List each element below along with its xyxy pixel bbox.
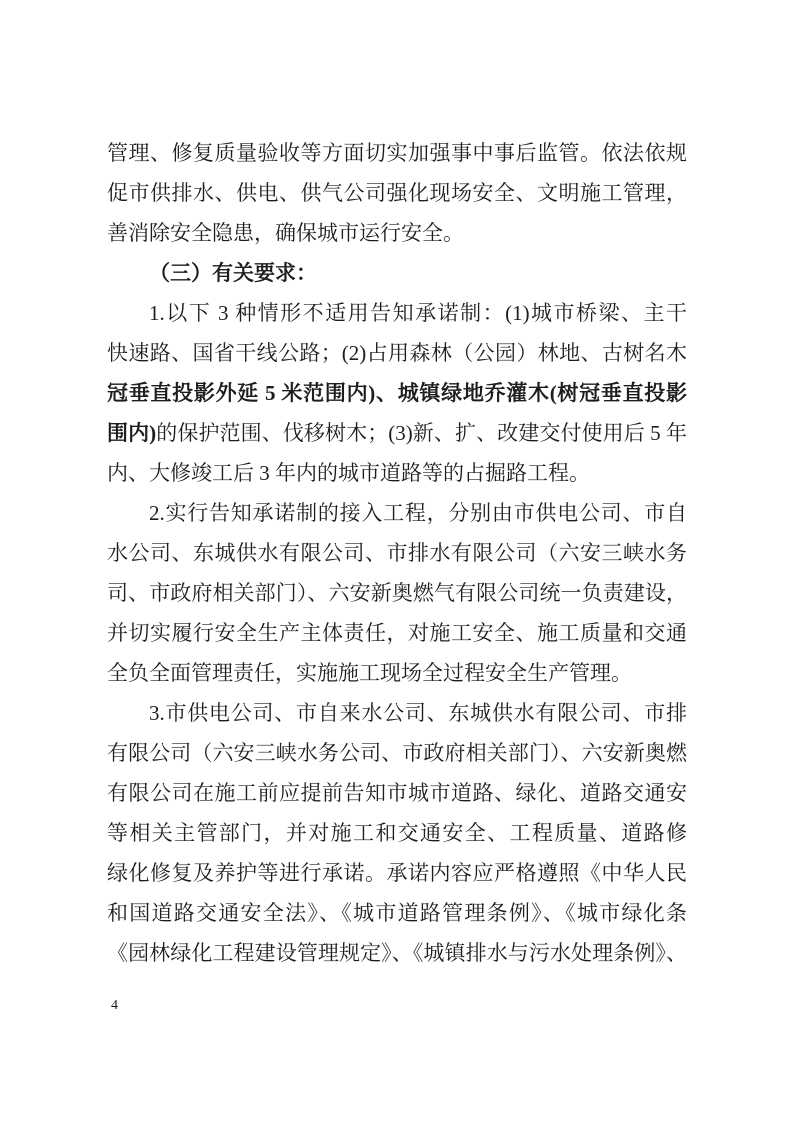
document-line: 水公司、东城供水有限公司、市排水有限公司（六安三峡水务公 (107, 533, 687, 573)
document-lines: 管理、修复质量验收等方面切实加强事中事后监管。依法依规督促市供排水、供电、供气公… (107, 133, 687, 973)
section-heading: （三）有关要求： (107, 253, 687, 293)
document-line: 冠垂直投影外延 5 米范围内)、城镇绿地乔灌木(树冠垂直投影范 (107, 373, 687, 413)
text-segment: 并切实履行安全生产主体责任，对施工安全、施工质量和交通安 (107, 621, 687, 653)
document-line: 促市供排水、供电、供气公司强化现场安全、文明施工管理，妥 (107, 173, 687, 213)
text-segment: 司、市政府相关部门）、六安新奥燃气有限公司统一负责建设， (107, 581, 687, 605)
text-segment: 2.实行告知承诺制的接入工程，分别由市供电公司、市自来 (107, 501, 687, 533)
text-segment: 内、大修竣工后 3 年内的城市道路等的占掘路工程。 (107, 461, 590, 485)
document-line: 有限公司在施工前应提前告知市城市道路、绿化、道路交通安全 (107, 773, 687, 813)
text-segment: 水公司、东城供水有限公司、市排水有限公司（六安三峡水务公 (107, 541, 687, 573)
document-line: 快速路、国省干线公路；(2)占用森林（公园）林地、古树名木(树 (107, 333, 687, 373)
document-line: 和国道路交通安全法》、《城市道路管理条例》、《城市绿化条例》、 (107, 893, 687, 933)
text-segment: 有限公司在施工前应提前告知市城市道路、绿化、道路交通安全 (107, 781, 687, 813)
document-line: 围内)的保护范围、伐移树木；(3)新、扩、改建交付使用后 5 年 (107, 413, 687, 453)
document-line: 3.市供电公司、市自来水公司、东城供水有限公司、市排水 (107, 693, 687, 733)
document-line: 2.实行告知承诺制的接入工程，分别由市供电公司、市自来 (107, 493, 687, 533)
document-page: 管理、修复质量验收等方面切实加强事中事后监管。依法依规督促市供排水、供电、供气公… (0, 0, 793, 1122)
document-line: 《园林绿化工程建设管理规定》、《城镇排水与污水处理条例》、《城 (107, 933, 687, 973)
text-segment: 快速路、国省干线公路；(2)占用森林（公园）林地、古树名木(树 (107, 341, 687, 373)
document-line: 并切实履行安全生产主体责任，对施工安全、施工质量和交通安 (107, 613, 687, 653)
document-line: 全负全面管理责任，实施施工现场全过程安全生产管理。 (107, 653, 687, 693)
text-segment: 和国道路交通安全法》、《城市道路管理条例》、《城市绿化条例》、 (107, 901, 687, 933)
document-line: 管理、修复质量验收等方面切实加强事中事后监管。依法依规督 (107, 133, 687, 173)
text-segment: 的保护范围、伐移树木；(3)新、扩、改建交付使用后 5 年 (156, 421, 687, 445)
document-line: 善消除安全隐患，确保城市运行安全。 (107, 213, 687, 253)
text-segment: 3.市供电公司、市自来水公司、东城供水有限公司、市排水 (107, 701, 687, 733)
bold-text-segment: 冠垂直投影外延 5 米范围内)、城镇绿地乔灌木(树冠垂直投影范 (107, 381, 687, 413)
document-line: 司、市政府相关部门）、六安新奥燃气有限公司统一负责建设， (107, 573, 687, 613)
text-segment: 有限公司（六安三峡水务公司、市政府相关部门）、六安新奥燃气 (107, 741, 687, 773)
bold-text-segment: （三）有关要求： (149, 261, 317, 285)
text-segment: 促市供排水、供电、供气公司强化现场安全、文明施工管理，妥 (107, 181, 687, 213)
document-line: 内、大修竣工后 3 年内的城市道路等的占掘路工程。 (107, 453, 687, 493)
text-segment: 等相关主管部门，并对施工和交通安全、工程质量、道路修复、 (107, 821, 687, 853)
text-segment: 善消除安全隐患，确保城市运行安全。 (107, 221, 464, 245)
bold-text-segment: 围内) (107, 421, 156, 445)
text-segment: 《园林绿化工程建设管理规定》、《城镇排水与污水处理条例》、《城 (107, 941, 687, 973)
document-line: 绿化修复及养护等进行承诺。承诺内容应严格遵照《中华人民共 (107, 853, 687, 893)
document-line: 等相关主管部门，并对施工和交通安全、工程质量、道路修复、 (107, 813, 687, 853)
text-segment: 全负全面管理责任，实施施工现场全过程安全生产管理。 (107, 661, 632, 685)
document-line: 1.以下 3 种情形不适用告知承诺制：(1)城市桥梁、主干道、 (107, 293, 687, 333)
text-segment: 1.以下 3 种情形不适用告知承诺制：(1)城市桥梁、主干道、 (107, 301, 687, 333)
page-number: 4 (111, 996, 118, 1016)
text-segment: 绿化修复及养护等进行承诺。承诺内容应严格遵照《中华人民共 (107, 861, 687, 893)
document-line: 有限公司（六安三峡水务公司、市政府相关部门）、六安新奥燃气 (107, 733, 687, 773)
text-segment: 管理、修复质量验收等方面切实加强事中事后监管。依法依规督 (107, 141, 687, 173)
